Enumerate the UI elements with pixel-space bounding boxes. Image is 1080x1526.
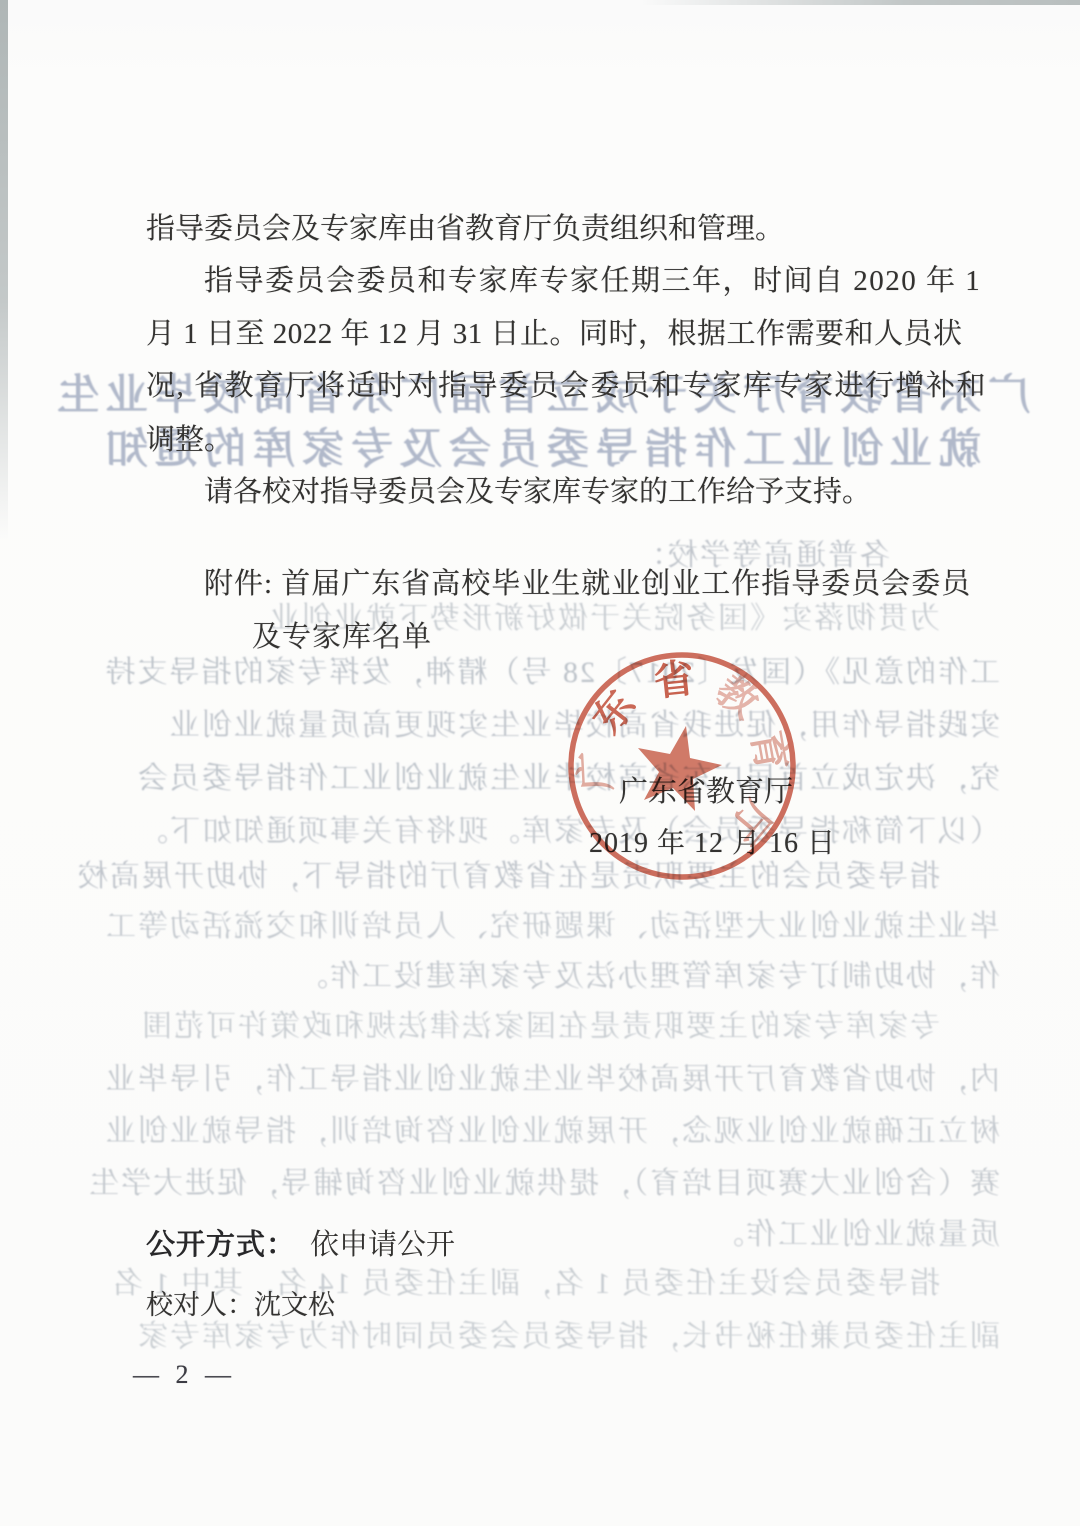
page-number: — 2 — bbox=[133, 1360, 236, 1390]
scan-edge-top bbox=[640, 0, 1080, 5]
proofreader-line: 校对人：沈文松 bbox=[146, 1283, 335, 1322]
seal-arc-char: 教 bbox=[707, 667, 767, 728]
bleedthrough-line: 工作的意见》（国发〔2017〕28 号）精神，发挥专家的指导支持 bbox=[104, 647, 1001, 691]
official-seal: 广 东 省 教 育 厅 bbox=[565, 648, 801, 884]
bleedthrough-line: 内，协助省教育厅开展高校毕业生就业创业指导工作，引导毕业 bbox=[104, 1054, 1000, 1098]
bleedthrough-line: 毕业生就业创业大型活动、课题研究、人员培训和交流活动等工 bbox=[104, 901, 1000, 945]
body-line-5: 调整。 bbox=[146, 417, 233, 458]
body-line-4: 况, 省教育厅将适时对指导委员会委员和专家库专家进行增补和 bbox=[146, 363, 987, 404]
bleedthrough-line: 作，协助制订专家库管理办法及专家库建设工作。 bbox=[296, 951, 1000, 995]
publish-method-line: 公开方式：依申请公开 bbox=[146, 1222, 455, 1263]
star-icon bbox=[638, 726, 722, 811]
scan-edge-left bbox=[0, 0, 8, 540]
seal-arc-char: 育 bbox=[743, 727, 794, 774]
body-line-3: 月 1 日至 2022 年 12 月 31 日止。同时，根据工作需要和人员状 bbox=[146, 311, 963, 352]
document-page: 广东省教育厅关于成立首届广东省高校毕业生 就业创业工作指导委员会及专家库的通知 … bbox=[0, 0, 1080, 1526]
body-line-2: 指导委员会委员和专家库专家任期三年，时间自 2020 年 1 bbox=[204, 258, 981, 299]
seal-arc-char: 省 bbox=[652, 656, 696, 705]
seal-arc-char: 厅 bbox=[720, 792, 780, 852]
body-line-1: 指导委员会及专家库由省教育厅负责组织和管理。 bbox=[146, 206, 784, 247]
publish-method-label: 公开方式： bbox=[146, 1229, 296, 1261]
publish-method-value: 依申请公开 bbox=[310, 1229, 455, 1261]
bleedthrough-line: 赛（含创业大赛项目培育），提供就业创业咨询辅导，促进大学生 bbox=[87, 1158, 1000, 1202]
attachment-line-1: 附件: 首届广东省高校毕业生就业创业工作指导委员会委员 bbox=[204, 561, 971, 602]
bleedthrough-line: 质量就业创业工作。 bbox=[712, 1209, 1000, 1253]
seal-arc-char: 东 bbox=[584, 682, 644, 741]
seal-arc-char: 广 bbox=[572, 750, 619, 792]
attachment-line-2: 及专家库名单 bbox=[252, 614, 432, 655]
bleedthrough-line: 树立正确就业创业观念，开展就业创业咨询培训，指导就业创业 bbox=[104, 1106, 1000, 1150]
bleedthrough-line: 专家库专家的主要职责是在国家法律法规和政策许可范围 bbox=[140, 1001, 940, 1045]
body-line-6: 请各校对指导委员会及专家库专家的工作给予支持。 bbox=[204, 469, 871, 510]
